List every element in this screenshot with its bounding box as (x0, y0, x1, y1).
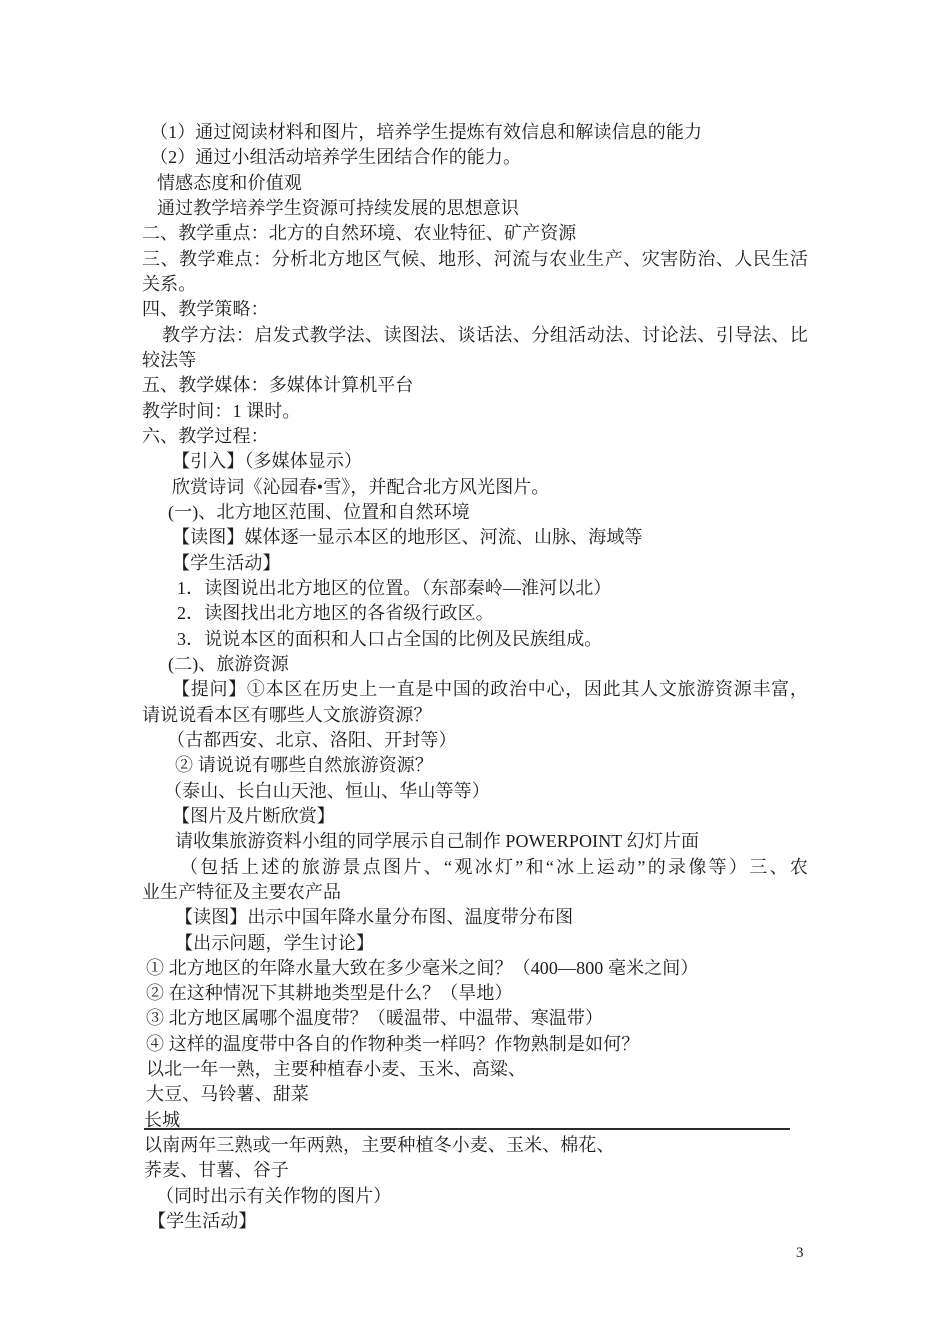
text-line: （泰山、长白山天池、恒山、华山等等） (142, 779, 808, 804)
fill-in-blank-line: 长城 (142, 1108, 808, 1133)
text-line: 四、教学策略： (142, 297, 808, 322)
blank-label: 长城 (144, 1108, 180, 1130)
text-line: 【出示问题，学生讨论】 (142, 931, 808, 956)
text-line: (二)、旅游资源 (142, 652, 808, 677)
text-line: 【提问】①本区在历史上一直是中国的政治中心，因此其人文旅游资源丰富， (142, 677, 808, 702)
text-line: ② 请说说有哪些自然旅游资源？ (142, 753, 808, 778)
text-line: 荞麦、甘薯、谷子 (142, 1158, 808, 1183)
text-line: （1）通过阅读材料和图片，培养学生提炼有效信息和解读信息的能力 (142, 120, 808, 145)
text-line: 关系。 (142, 272, 808, 297)
text-line: 通过教学培养学生资源可持续发展的思想意识 (142, 196, 808, 221)
text-line: 欣赏诗词《沁园春•雪》，并配合北方风光图片。 (142, 475, 808, 500)
text-line: 3．说说本区的面积和人口占全国的比例及民族组成。 (142, 627, 808, 652)
text-line: 较法等 (142, 348, 808, 373)
text-line: 五、教学媒体：多媒体计算机平台 (142, 373, 808, 398)
text-line: 【读图】出示中国年降水量分布图、温度带分布图 (142, 905, 808, 930)
text-line: 【读图】媒体逐一显示本区的地形区、河流、山脉、海域等 (142, 525, 808, 550)
text-line: 三、教学难点：分析北方地区气候、地形、河流与农业生产、灾害防治、人民生活的 (142, 247, 808, 272)
text-line: 【引入】（多媒体显示） (142, 449, 808, 474)
text-line: 以北一年一熟，主要种植春小麦、玉米、高粱、 (142, 1057, 808, 1082)
text-line: 大豆、马铃薯、甜菜 (142, 1082, 808, 1107)
text-line: 【图片及片断欣赏】 (142, 804, 808, 829)
text-line: (一)、北方地区范围、位置和自然环境 (142, 500, 808, 525)
document-body: （1）通过阅读材料和图片，培养学生提炼有效信息和解读信息的能力（2）通过小组活动… (142, 120, 808, 1234)
text-line: 业生产特征及主要农产品 (142, 880, 808, 905)
text-line: 教学方法：启发式教学法、读图法、谈话法、分组活动法、讨论法、引导法、比 (142, 323, 808, 348)
text-line: （2）通过小组活动培养学生团结合作的能力。 (142, 145, 808, 170)
text-line: （包括上述的旅游景点图片、“观冰灯”和“冰上运动”的录像等）三、农 (142, 855, 808, 880)
text-line: 情感态度和价值观 (142, 171, 808, 196)
text-line: ③ 北方地区属哪个温度带？（暖温带、中温带、寒温带） (142, 1006, 808, 1031)
text-line: 请说说看本区有哪些人文旅游资源？ (142, 703, 808, 728)
text-line: （古都西安、北京、洛阳、开封等） (142, 728, 808, 753)
blank-underline (180, 1108, 790, 1130)
text-line: 【学生活动】 (142, 1209, 808, 1234)
text-line: ④ 这样的温度带中各自的作物种类一样吗？作物熟制是如何？ (142, 1032, 808, 1057)
text-line: 2．读图找出北方地区的各省级行政区。 (142, 601, 808, 626)
document-page: （1）通过阅读材料和图片，培养学生提炼有效信息和解读信息的能力（2）通过小组活动… (142, 120, 808, 1234)
page-number: 3 (796, 1244, 804, 1262)
text-line: ② 在这种情况下其耕地类型是什么？（旱地） (142, 981, 808, 1006)
text-line: 教学时间：1 课时。 (142, 399, 808, 424)
text-line: ① 北方地区的年降水量大致在多少毫米之间？（400—800 毫米之间） (142, 956, 808, 981)
text-line: 以南两年三熟或一年两熟，主要种植冬小麦、玉米、棉花、 (142, 1133, 808, 1158)
text-line: 二、教学重点：北方的自然环境、农业特征、矿产资源 (142, 221, 808, 246)
text-line: 1．读图说出北方地区的位置。（东部秦岭—淮河以北） (142, 576, 808, 601)
text-line: 【学生活动】 (142, 551, 808, 576)
text-line: （同时出示有关作物的图片） (142, 1184, 808, 1209)
text-line: 六、教学过程： (142, 424, 808, 449)
text-line: 请收集旅游资料小组的同学展示自己制作 POWERPOINT 幻灯片面 (142, 829, 808, 854)
